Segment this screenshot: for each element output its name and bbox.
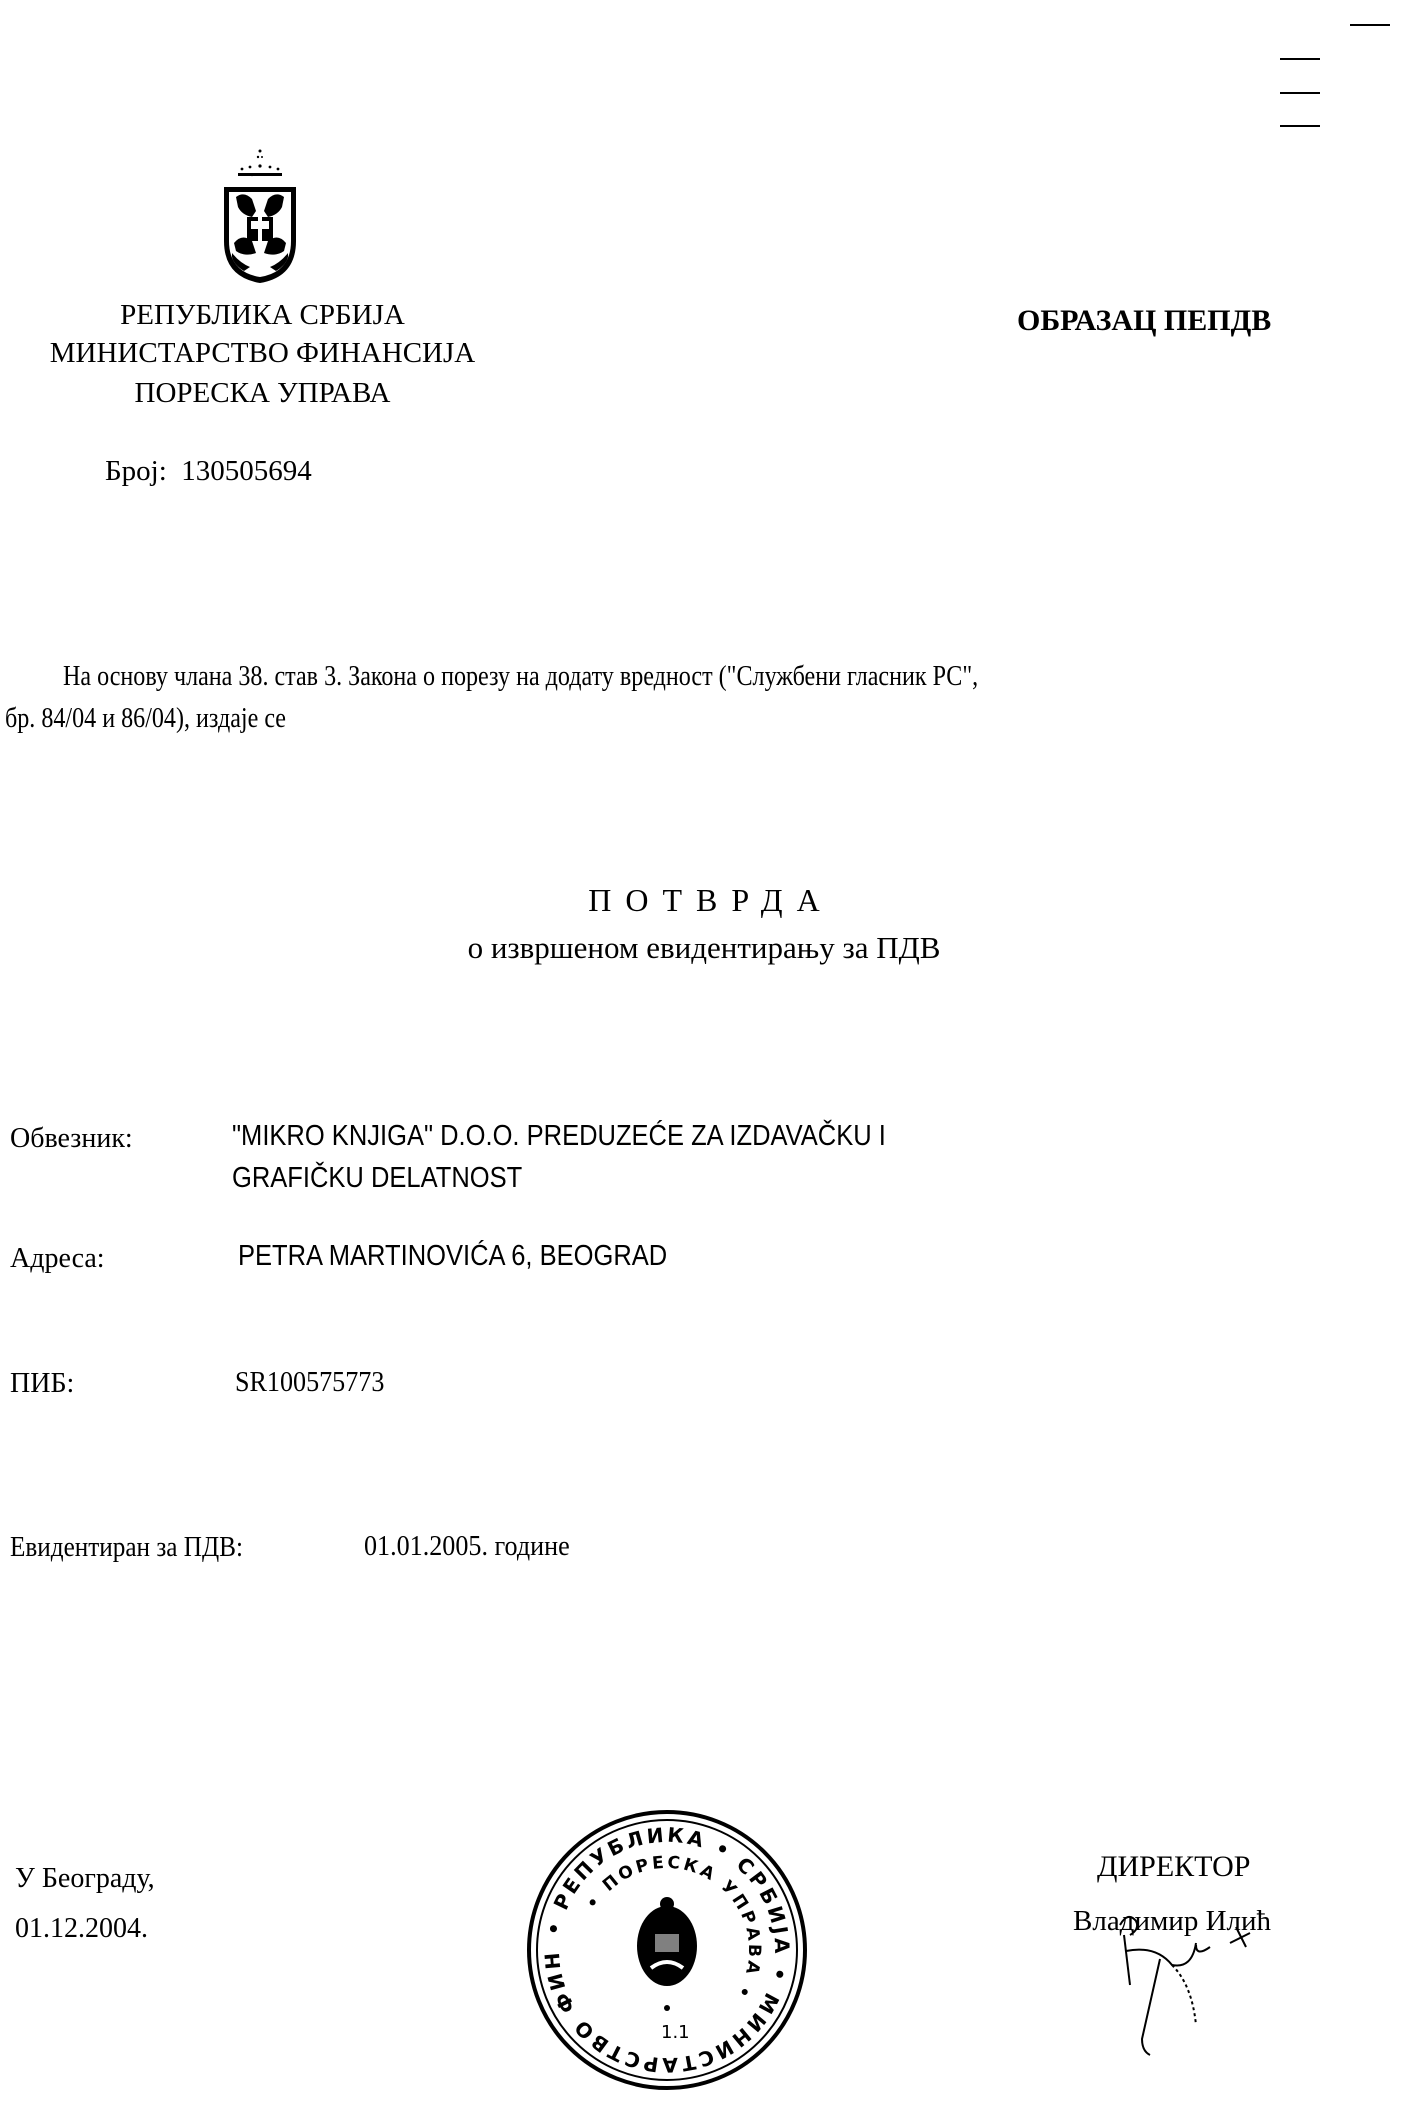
document-title: ПОТВРДА — [0, 882, 1408, 919]
preamble-line-2: бр. 84/04 и 86/04), издаје се — [5, 702, 286, 736]
signatory-title: ДИРЕКТОР — [1097, 1850, 1250, 1884]
pib-value: SR100575773 — [235, 1366, 384, 1399]
issue-date: 01.12.2004. — [15, 1912, 148, 1946]
handwritten-signature-icon — [1110, 1905, 1270, 2065]
document-number-label: Број: — [105, 455, 167, 487]
address-label: Адреса: — [10, 1243, 105, 1275]
document-number: Број: 130505694 — [105, 454, 312, 488]
org-line-tax-admin: ПОРЕСКА УПРАВА — [60, 376, 465, 410]
org-line-ministry: МИНИСТАРСТВО ФИНАНСИЈА — [10, 336, 515, 370]
address-value: PETRA MARTINOVIĆA 6, BEOGRAD — [238, 1240, 667, 1273]
preamble-line-1: На основу члана 38. став 3. Закона о пор… — [63, 660, 978, 694]
margin-mark — [1280, 125, 1320, 127]
svg-text:1.1: 1.1 — [661, 2022, 690, 2043]
taxpayer-label: Обвезник: — [10, 1123, 133, 1155]
serbian-coat-of-arms-icon — [218, 145, 302, 285]
registered-label: Евидентиран за ПДВ: — [10, 1532, 243, 1564]
margin-mark — [1280, 58, 1320, 60]
document-number-value: 130505694 — [181, 455, 312, 487]
margin-mark — [1280, 92, 1320, 94]
issue-place: У Београду, — [15, 1862, 155, 1896]
registered-value: 01.01.2005. године — [364, 1530, 570, 1563]
taxpayer-value-line-2: GRAFIČKU DELATNOST — [232, 1162, 522, 1195]
pib-label: ПИБ: — [10, 1368, 74, 1400]
margin-mark — [1350, 24, 1390, 26]
org-line-republic: РЕПУБЛИКА СРБИЈА — [60, 298, 465, 332]
document-subtitle: о извршеном евидентирању за ПДВ — [0, 930, 1408, 966]
form-code: ОБРАЗАЦ ПЕПДВ — [1017, 304, 1271, 338]
official-seal-icon: • РЕПУБЛИКА • СРБИЈА • МИНИСТАРСТВО ФИНА… — [525, 1808, 810, 2093]
taxpayer-value-line-1: "MIKRO KNJIGA" D.O.O. PREDUZEĆE ZA IZDAV… — [232, 1120, 886, 1153]
